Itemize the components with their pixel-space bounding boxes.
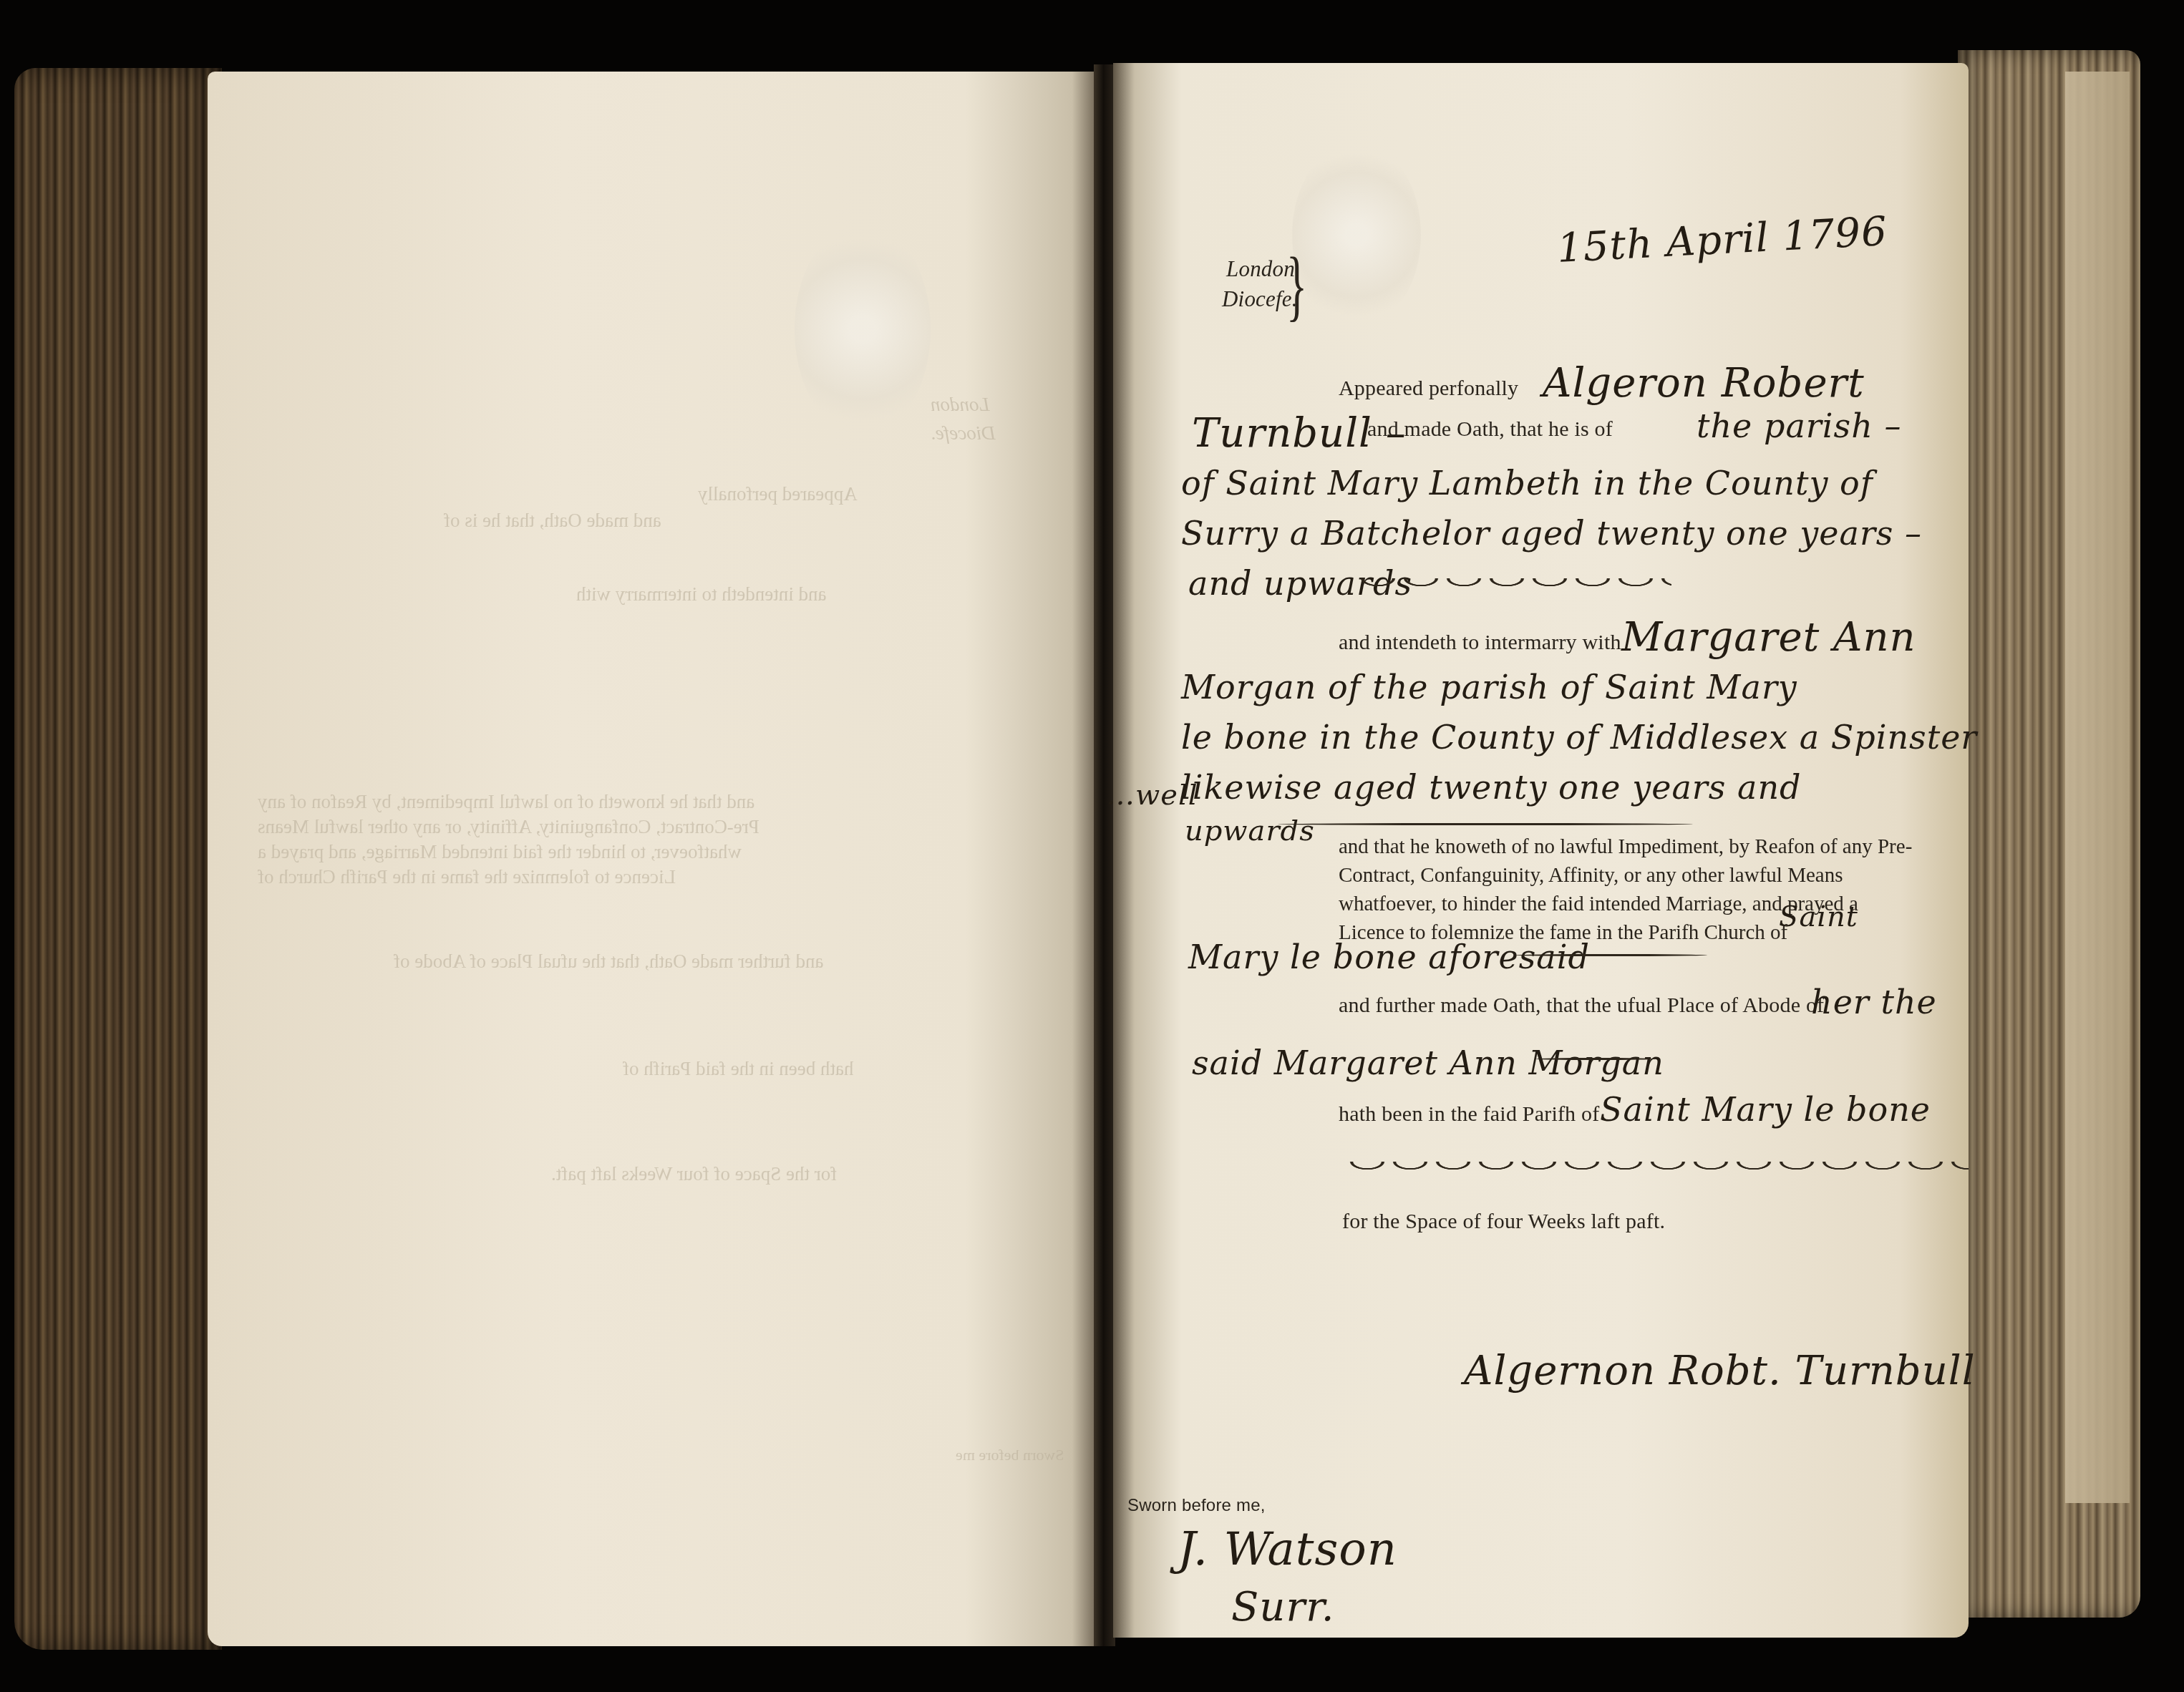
oath-value-2: of Saint Mary Lambeth in the County of bbox=[1181, 464, 1873, 502]
ghost-oath: and made Oath, that he is of bbox=[444, 510, 661, 532]
bride-line-4: likewise aged twenty one years and bbox=[1181, 768, 1802, 807]
diocese-line-1: London bbox=[1226, 256, 1295, 282]
oath-value-3: Surry a Batchelor aged twenty one years … bbox=[1181, 514, 1922, 553]
ghost-diocese-1: London bbox=[931, 394, 990, 416]
church-value-2: Mary le bone aforesaid bbox=[1188, 938, 1590, 976]
appeared-label: Appeared perfonally bbox=[1339, 376, 1518, 401]
intermarry-label: and intendeth to intermarry with bbox=[1339, 631, 1621, 655]
ghost-impediment-1: and that he knoweth of no lawful Impedim… bbox=[258, 791, 754, 813]
fill-line bbox=[1278, 823, 1693, 825]
abode-label: and further made Oath, that the ufual Pl… bbox=[1339, 993, 1824, 1018]
handwritten-date: 15th April 1796 bbox=[1556, 208, 1889, 272]
ghost-impediment-3: whatfoever, to hinder the faid intended … bbox=[258, 841, 742, 863]
ghost-diocese-2: Diocefe. bbox=[931, 422, 996, 444]
ghost-appeared: Appeared perfonally bbox=[698, 483, 858, 505]
left-page: London Diocefe. Appeared perfonally and … bbox=[208, 72, 1099, 1646]
ghost-abode: and further made Oath, that the ufual Pl… bbox=[394, 950, 824, 973]
abode-value-1: her the bbox=[1811, 983, 1937, 1021]
bride-line-2: Morgan of the parish of Saint Mary bbox=[1181, 668, 1797, 706]
applicant-signature: Algernon Robt. Turnbull bbox=[1464, 1348, 1976, 1394]
space-label: for the Space of four Weeks laft paft. bbox=[1342, 1210, 1665, 1234]
sworn-label: Sworn before me, bbox=[1127, 1496, 1266, 1516]
oath-value-1: the parish – bbox=[1697, 407, 1901, 445]
surrogate-signature: J. Watson bbox=[1178, 1523, 1397, 1576]
parish-value: Saint Mary le bone bbox=[1600, 1090, 1931, 1129]
bride-line-3: le bone in the County of Middlesex a Spi… bbox=[1181, 718, 1977, 757]
diocese-brace: } bbox=[1286, 245, 1307, 324]
embossed-seal-ghost bbox=[795, 222, 931, 437]
bride-line-5: upwards bbox=[1185, 815, 1315, 847]
right-page-block-edges bbox=[1958, 50, 2140, 1618]
inserted-slip bbox=[2065, 72, 2130, 1503]
book-gutter bbox=[1094, 64, 1115, 1646]
open-book: London Diocefe. Appeared perfonally and … bbox=[0, 0, 2184, 1692]
right-page: London Diocefe. } 15th April 1796 …well … bbox=[1113, 63, 1969, 1638]
surrogate-title: Surr. bbox=[1231, 1584, 1335, 1630]
fill-line bbox=[1535, 1058, 1657, 1060]
parish-label: hath been in the faid Parifh of bbox=[1339, 1102, 1599, 1127]
bride-name-1: Margaret Ann bbox=[1621, 614, 1916, 661]
left-page-block-edges bbox=[14, 68, 222, 1650]
ghost-impediment-2: Pre-Contract, Confanguinity, Affinity, o… bbox=[258, 816, 759, 838]
ghost-space: for the Space of four Weeks laft paft. bbox=[551, 1163, 837, 1185]
church-value-1: Saint bbox=[1779, 900, 1858, 933]
ghost-intermarry: and intendeth to intermarry with bbox=[576, 583, 826, 606]
ghost-sworn: Sworn before me bbox=[956, 1446, 1064, 1464]
applicant-name: Algeron Robert bbox=[1543, 360, 1865, 407]
fill-line bbox=[1356, 578, 1671, 588]
abode-value-2: said Margaret Ann Morgan bbox=[1192, 1044, 1664, 1082]
oath-label: and made Oath, that he is of bbox=[1367, 417, 1613, 442]
fill-line bbox=[1346, 1162, 1969, 1172]
fill-line bbox=[1514, 954, 1707, 956]
ghost-impediment-4: Licence to folemnize the fame in the Par… bbox=[258, 866, 676, 888]
embossed-seal bbox=[1292, 142, 1421, 328]
ghost-parish: hath been in the faid Parifh of bbox=[623, 1058, 853, 1080]
